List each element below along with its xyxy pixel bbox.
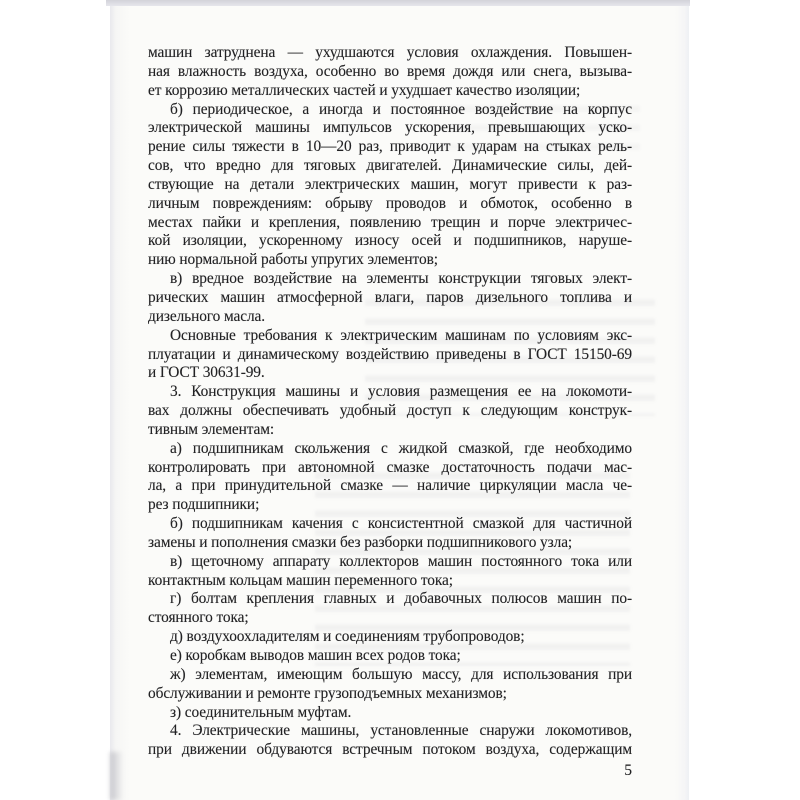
scan-background: машин затруднена — ухудшаются условия ох…: [0, 0, 800, 800]
text-line: электрической машины импульсов ускорения…: [148, 119, 632, 138]
text-line: д) воздухоохладителям и соединениям труб…: [148, 628, 632, 647]
text-line: личным повреждениям: обрыву проводов и о…: [148, 195, 632, 214]
text-line: ж) элементам, имеющим большую массу, для…: [148, 666, 632, 685]
text-line: рических машин атмосферной влаги, паров …: [148, 289, 632, 308]
text-line: 4. Электрические машины, установленные с…: [148, 722, 632, 741]
text-line: ла, а при принудительной смазке — наличи…: [148, 477, 632, 496]
text-line: замены и пополнения смазки без разборки …: [148, 534, 632, 553]
text-line: в) щеточному аппарату коллекторов машин …: [148, 553, 632, 572]
text-line: местах пайки и крепления, появлению трещ…: [148, 214, 632, 233]
text-line: б) периодическое, а иногда и постоянное …: [148, 101, 632, 120]
scan-shadow: [110, 752, 123, 800]
text-line: контактным кольцам машин переменного ток…: [148, 572, 632, 591]
text-line: ствующие на детали электрических машин, …: [148, 176, 632, 195]
text-line: при движении обдуваются встречным потоко…: [148, 741, 632, 760]
text-line: машин затруднена — ухудшаются условия ох…: [148, 44, 632, 63]
text-line: з) соединительным муфтам.: [148, 704, 632, 723]
text-line: ет коррозию металлических частей и ухудш…: [148, 82, 632, 101]
text-line: и ГОСТ 30631-99.: [148, 364, 632, 383]
text-line: обслуживании и ремонте грузоподъемных ме…: [148, 685, 632, 704]
text-line: нию нормальной работы упругих элементов;: [148, 251, 632, 270]
text-line: б) подшипникам качения с консистентной с…: [148, 515, 632, 534]
text-line: сов, что вредно для тяговых двигателей. …: [148, 157, 632, 176]
text-line: а) подшипникам скольжения с жидкой смазк…: [148, 440, 632, 459]
text-line: г) болтам крепления главных и добавочных…: [148, 590, 632, 609]
book-page: машин затруднена — ухудшаются условия ох…: [110, 6, 689, 800]
text-line: Основные требования к электрическим маши…: [148, 327, 632, 346]
text-line: кой изоляции, ускоренному износу осей и …: [148, 232, 632, 251]
text-line: стоянного тока;: [148, 609, 632, 628]
text-line: рез подшипники;: [148, 496, 632, 515]
text-line: е) коробкам выводов машин всех родов ток…: [148, 647, 632, 666]
text-line: контролировать при автономной смазке дос…: [148, 459, 632, 478]
text-line: 3. Конструкция машины и условия размещен…: [148, 383, 632, 402]
page-text: машин затруднена — ухудшаются условия ох…: [148, 44, 632, 760]
text-line: рение силы тяжести в 10—20 раз, приводит…: [148, 138, 632, 157]
text-line: в) вредное воздействие на элементы конст…: [148, 270, 632, 289]
text-line: тивным элементам:: [148, 421, 632, 440]
text-line: вах должны обеспечивать удобный доступ к…: [148, 402, 632, 421]
text-line: дизельного масла.: [148, 308, 632, 327]
text-line: плуатации и динамическому воздействию пр…: [148, 346, 632, 365]
page-number: 5: [148, 762, 632, 780]
text-line: ная влажность воздуха, особенно во время…: [148, 63, 632, 82]
